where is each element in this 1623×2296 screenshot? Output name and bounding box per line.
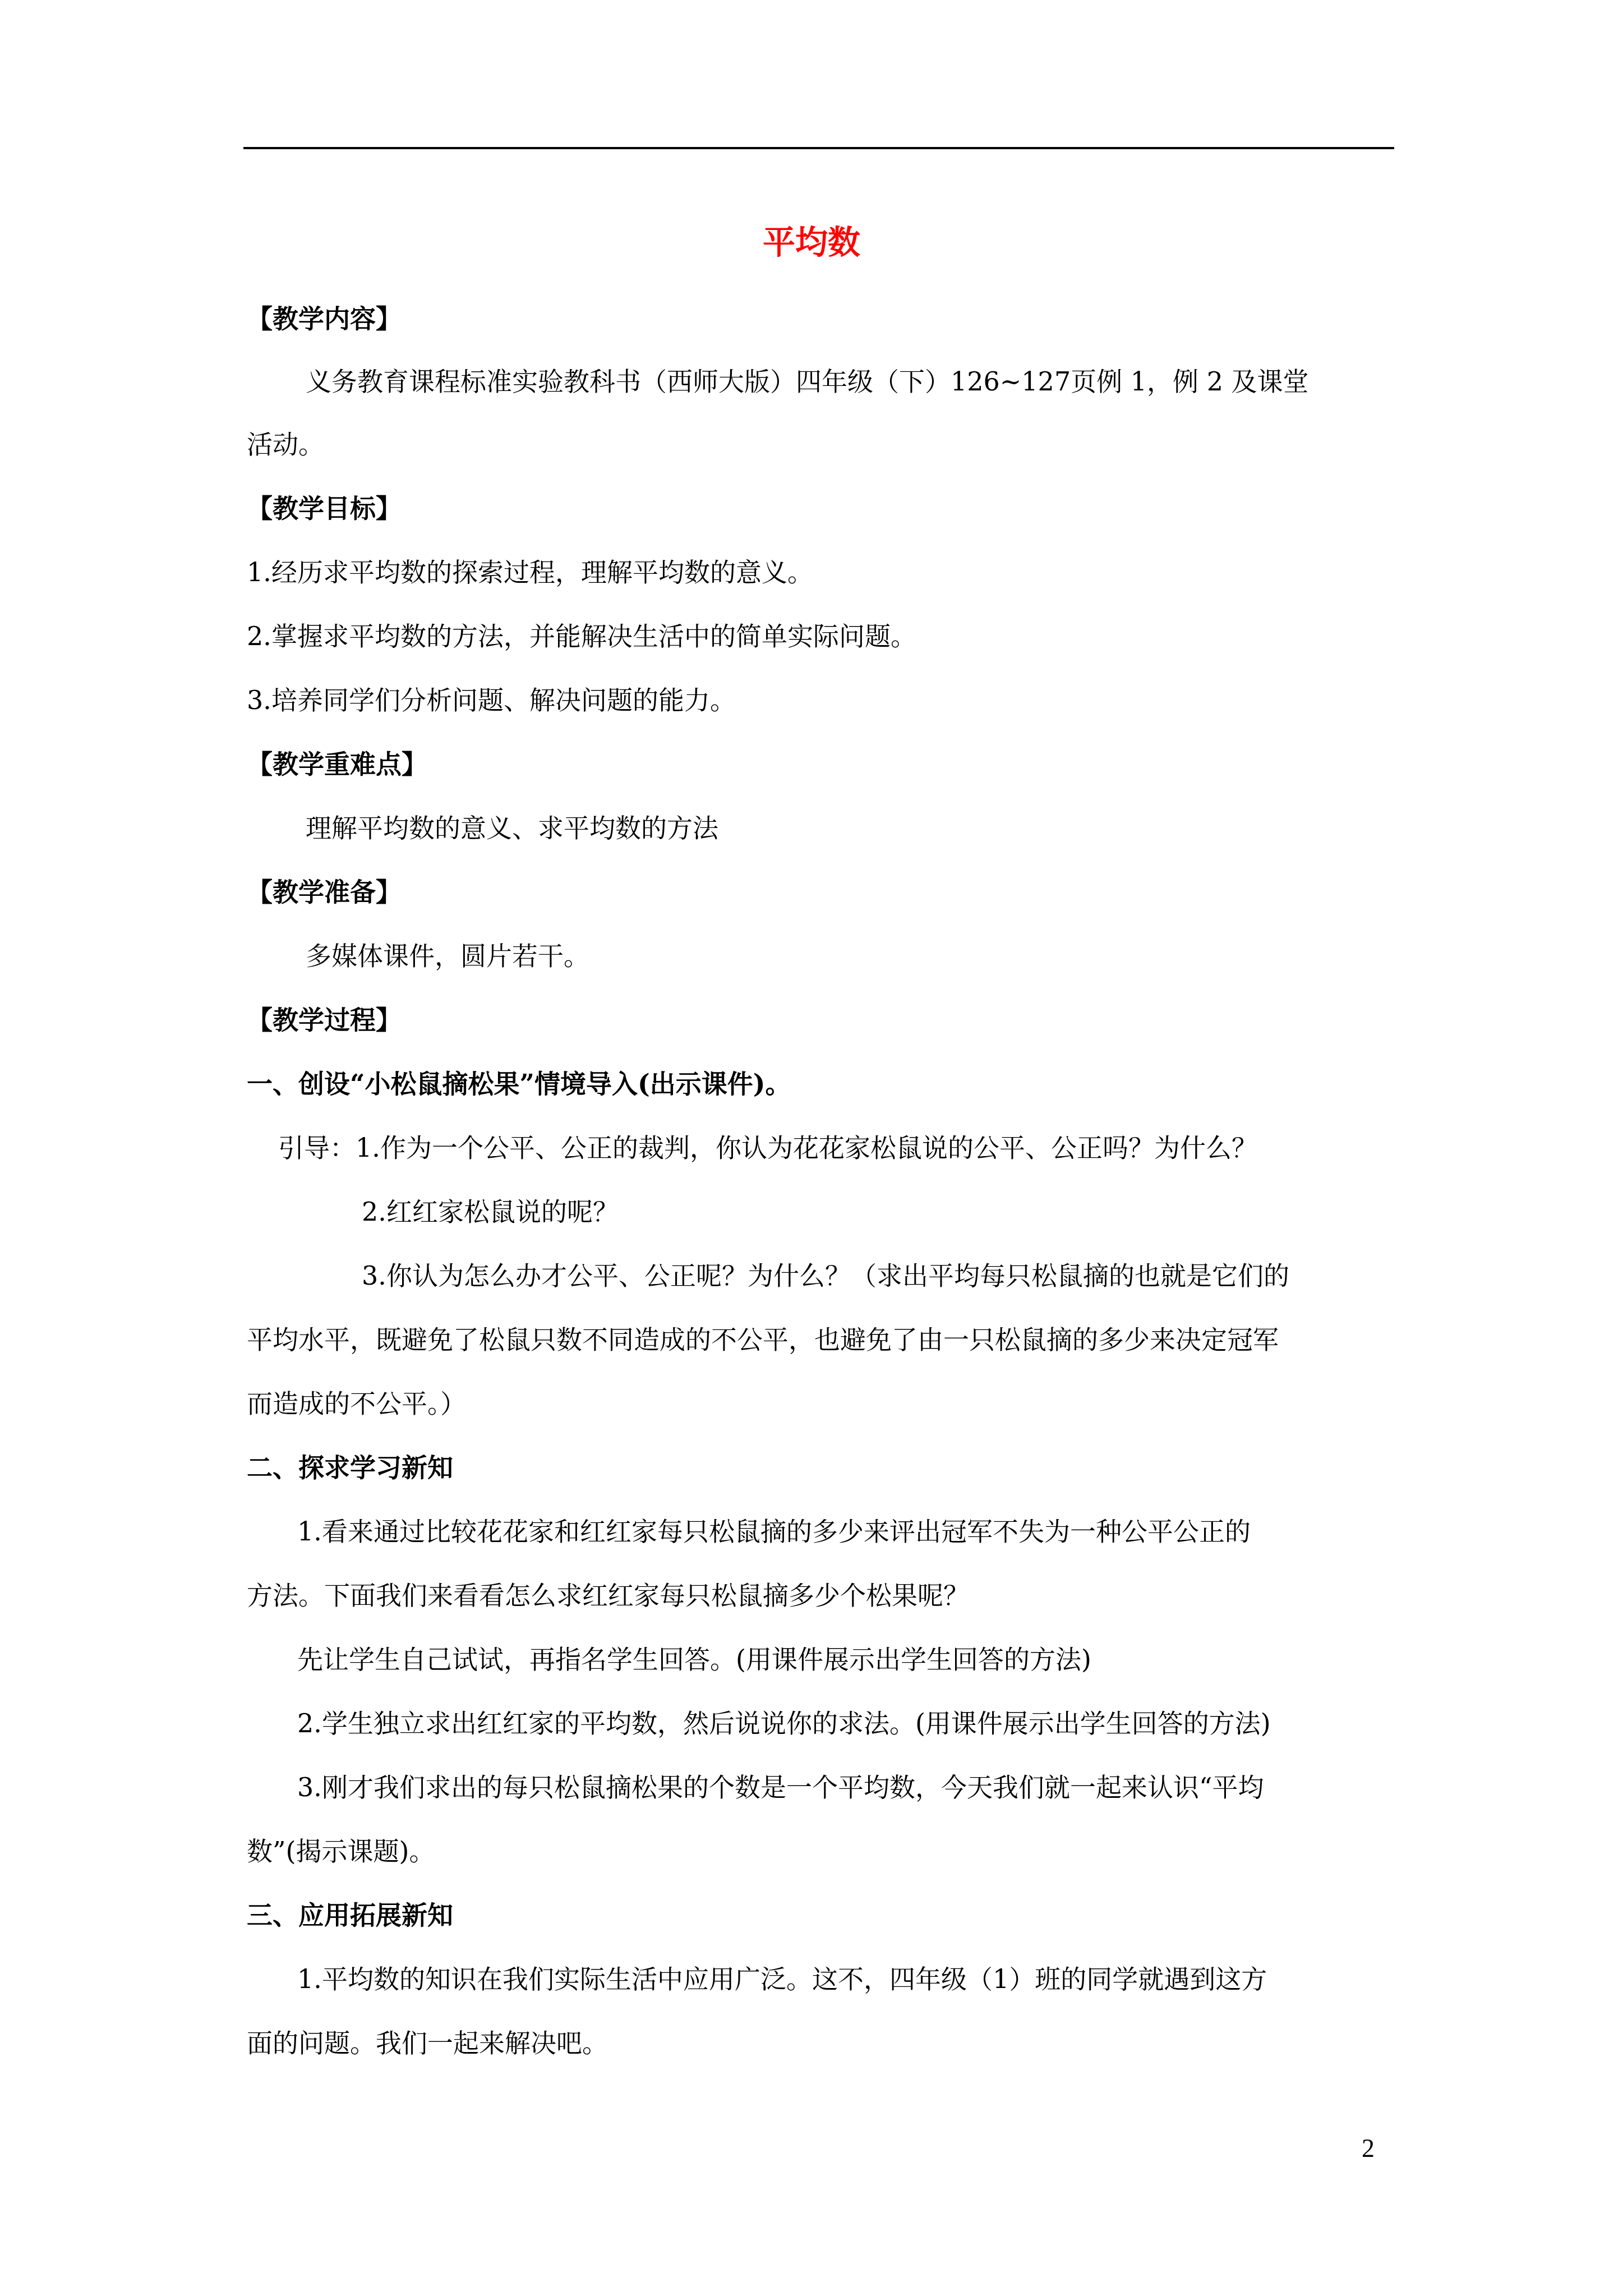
paragraph: 方法。下面我们来看看怎么求红红家每只松鼠摘多少个松果呢？: [247, 1573, 969, 1618]
section-heading-key-points: 【教学重难点】: [247, 742, 427, 786]
paragraph: 2.红红家松鼠说的呢？: [362, 1189, 619, 1234]
page-title: 平均数: [0, 220, 1623, 265]
list-item: 3.培养同学们分析问题、解决问题的能力。: [247, 678, 736, 723]
paragraph: 义务教育课程标准实验教科书（西师大版）四年级（下）126~127页例 1，例 2…: [306, 359, 1309, 404]
part-heading-2: 二、探求学习新知: [247, 1445, 453, 1490]
paragraph: 1.平均数的知识在我们实际生活中应用广泛。这不，四年级（1）班的同学就遇到这方: [297, 1957, 1267, 2001]
paragraph: 3.刚才我们求出的每只松鼠摘松果的个数是一个平均数，今天我们就一起来认识“平均: [297, 1765, 1264, 1810]
paragraph: 平均水平，既避免了松鼠只数不同造成的不公平，也避免了由一只松鼠摘的多少来决定冠军: [247, 1317, 1279, 1362]
paragraph: 面的问题。我们一起来解决吧。: [247, 2021, 608, 2065]
part-heading-3: 三、应用拓展新知: [247, 1893, 453, 1938]
paragraph: 1.看来通过比较花花家和红红家每只松鼠摘的多少来评出冠军不失为一种公平公正的: [297, 1509, 1251, 1554]
paragraph: 3.你认为怎么办才公平、公正呢？为什么？（求出平均每只松鼠摘的也就是它们的: [362, 1253, 1289, 1298]
paragraph: 多媒体课件，圆片若干。: [306, 933, 589, 978]
section-heading-content: 【教学内容】: [247, 296, 402, 341]
paragraph: 2.学生独立求出红红家的平均数，然后说说你的求法。(用课件展示出学生回答的方法): [297, 1701, 1271, 1746]
list-item: 1.经历求平均数的探索过程，理解平均数的意义。: [247, 550, 813, 595]
part-heading-1: 一、创设“小松鼠摘松果”情境导入(出示课件)。: [247, 1061, 791, 1106]
paragraph: 数”(揭示课题)。: [247, 1829, 435, 1874]
paragraph: 先让学生自己试试，再指名学生回答。(用课件展示出学生回答的方法): [297, 1637, 1091, 1682]
list-item: 2.掌握求平均数的方法，并能解决生活中的简单实际问题。: [247, 614, 916, 659]
paragraph: 活动。: [247, 422, 324, 467]
paragraph: 引导：1.作为一个公平、公正的裁判，你认为花花家松鼠说的公平、公正吗？为什么？: [278, 1125, 1257, 1170]
header-rule: [243, 147, 1394, 149]
paragraph: 而造成的不公平。）: [247, 1381, 466, 1426]
page-number: 2: [1362, 2132, 1375, 2165]
section-heading-preparation: 【教学准备】: [247, 869, 402, 914]
section-heading-goals: 【教学目标】: [247, 486, 402, 531]
section-heading-process: 【教学过程】: [247, 997, 402, 1042]
paragraph: 理解平均数的意义、求平均数的方法: [306, 806, 718, 850]
